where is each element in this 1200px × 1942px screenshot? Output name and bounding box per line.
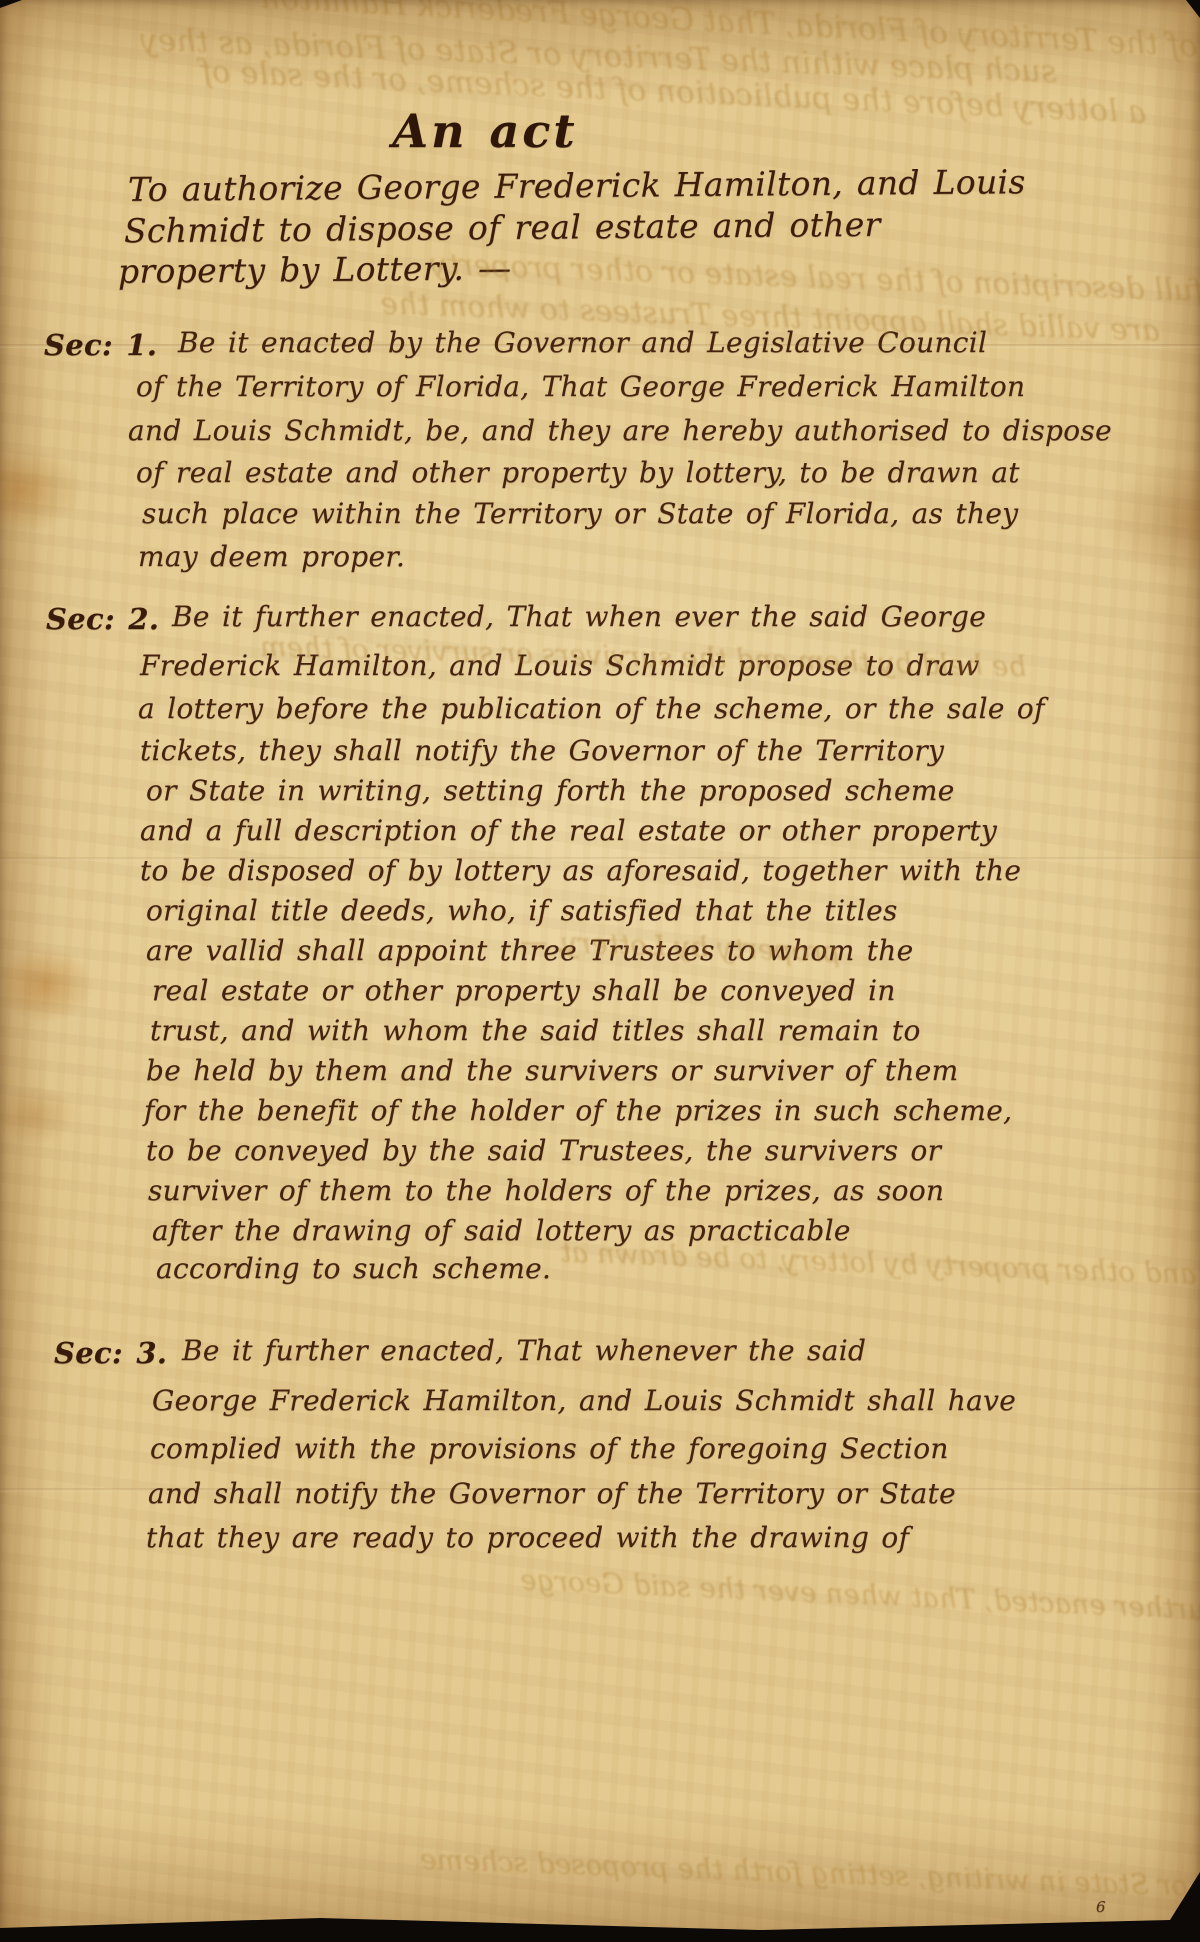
manuscript-line: and a full description of the real estat… [140,814,997,847]
manuscript-line: and shall notify the Governor of the Ter… [148,1477,956,1510]
paper-texture [0,0,1200,1942]
manuscript-line: of the Territory of Florida, That George… [136,370,1025,403]
manuscript-line: a lottery before the publication of the … [138,692,1045,725]
page-number: 6 [1096,1898,1106,1916]
manuscript-line: that they are ready to proceed with the … [146,1521,909,1554]
manuscript-line: Be it further enacted, That when ever th… [172,600,986,633]
manuscript-line: Be it further enacted, That whenever the… [182,1334,866,1367]
section-label: Sec: 1. [44,328,157,362]
manuscript-line: George Frederick Hamilton, and Louis Sch… [152,1384,1016,1417]
document-title: An act [60,104,910,158]
manuscript-line: trust, and with whom the said titles sha… [150,1014,921,1047]
manuscript-line: for the benefit of the holder of the pri… [144,1094,1012,1127]
bleedthrough-text: and a full description of the real estat… [430,247,1200,312]
manuscript-line: or State in writing, setting forth the p… [146,774,955,807]
manuscript-line: Be it enacted by the Governor and Legisl… [178,326,987,359]
bleedthrough-text: Be it further enacted, That when ever th… [520,1563,1200,1630]
manuscript-line: be held by them and the survivers or sur… [146,1054,958,1087]
manuscript-line: such place within the Territory or State… [142,497,1018,530]
subtitle-line: To authorize George Frederick Hamilton, … [128,162,1026,209]
manuscript-line: after the drawing of said lottery as pra… [152,1214,851,1247]
manuscript-line: to be conveyed by the said Trustees, the… [146,1134,941,1167]
manuscript-line: and Louis Schmidt, be, and they are here… [128,414,1112,447]
subtitle-line: Schmidt to dispose of real estate and ot… [124,205,881,251]
bleedthrough-text: or State in writing, setting forth the p… [420,1843,1189,1903]
bleedthrough-text: such place within the Territory or State… [140,22,1058,90]
manuscript-page: An act To authorize George Frederick Ham… [0,0,1200,1942]
manuscript-line: tickets, they shall notify the Governor … [140,734,944,767]
manuscript-line: to be disposed of by lottery as aforesai… [140,854,1021,887]
subtitle-line: property by Lottery. — [118,248,512,290]
manuscript-line: complied with the provisions of the fore… [150,1432,949,1465]
manuscript-line: surviver of them to the holders of the p… [148,1174,944,1207]
manuscript-line: are vallid shall appoint three Trustees … [146,934,914,967]
bleedthrough-text: of the Territory of Florida, That George… [260,0,1199,65]
manuscript-line: original title deeds, who, if satisfied … [146,894,898,927]
manuscript-line: according to such scheme. [156,1252,551,1285]
section-label: Sec: 2. [46,602,159,636]
section-label: Sec: 3. [54,1336,167,1370]
document-scan: An act To authorize George Frederick Ham… [0,0,1200,1942]
manuscript-line: real estate or other property shall be c… [152,974,896,1007]
manuscript-line: Frederick Hamilton, and Louis Schmidt pr… [140,649,980,682]
manuscript-line: may deem proper. [138,540,405,573]
manuscript-line: of real estate and other property by lot… [136,456,1020,489]
